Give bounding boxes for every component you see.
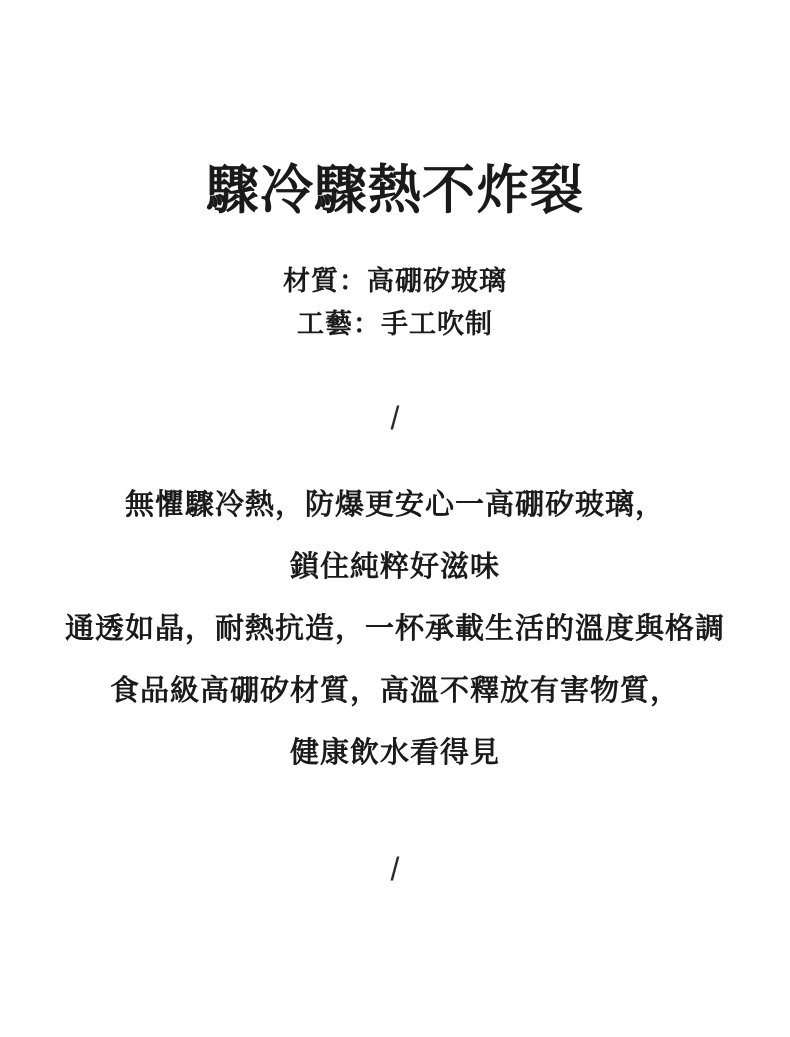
- description-line-4: 食品級高硼矽材質，高溫不釋放有害物質，: [0, 660, 790, 722]
- description-line-1: 無懼驟冷熱，防爆更安心一高硼矽玻璃，: [0, 474, 790, 536]
- slash-separator-top: /: [0, 400, 790, 436]
- product-description: 無懼驟冷熱，防爆更安心一高硼矽玻璃， 鎖住純粹好滋味 通透如晶，耐熱抗造，一杯承…: [0, 474, 790, 784]
- spec-craft: 工藝：手工吹制: [0, 307, 790, 341]
- description-line-3: 通透如晶，耐熱抗造，一杯承載生活的溫度與格調: [0, 598, 790, 660]
- spec-material: 材質：高硼矽玻璃: [0, 264, 790, 298]
- description-line-2: 鎖住純粹好滋味: [0, 536, 790, 598]
- page-title: 驟冷驟熱不炸裂: [0, 157, 790, 225]
- description-line-5: 健康飲水看得見: [0, 722, 790, 784]
- slash-separator-bottom: /: [0, 851, 790, 887]
